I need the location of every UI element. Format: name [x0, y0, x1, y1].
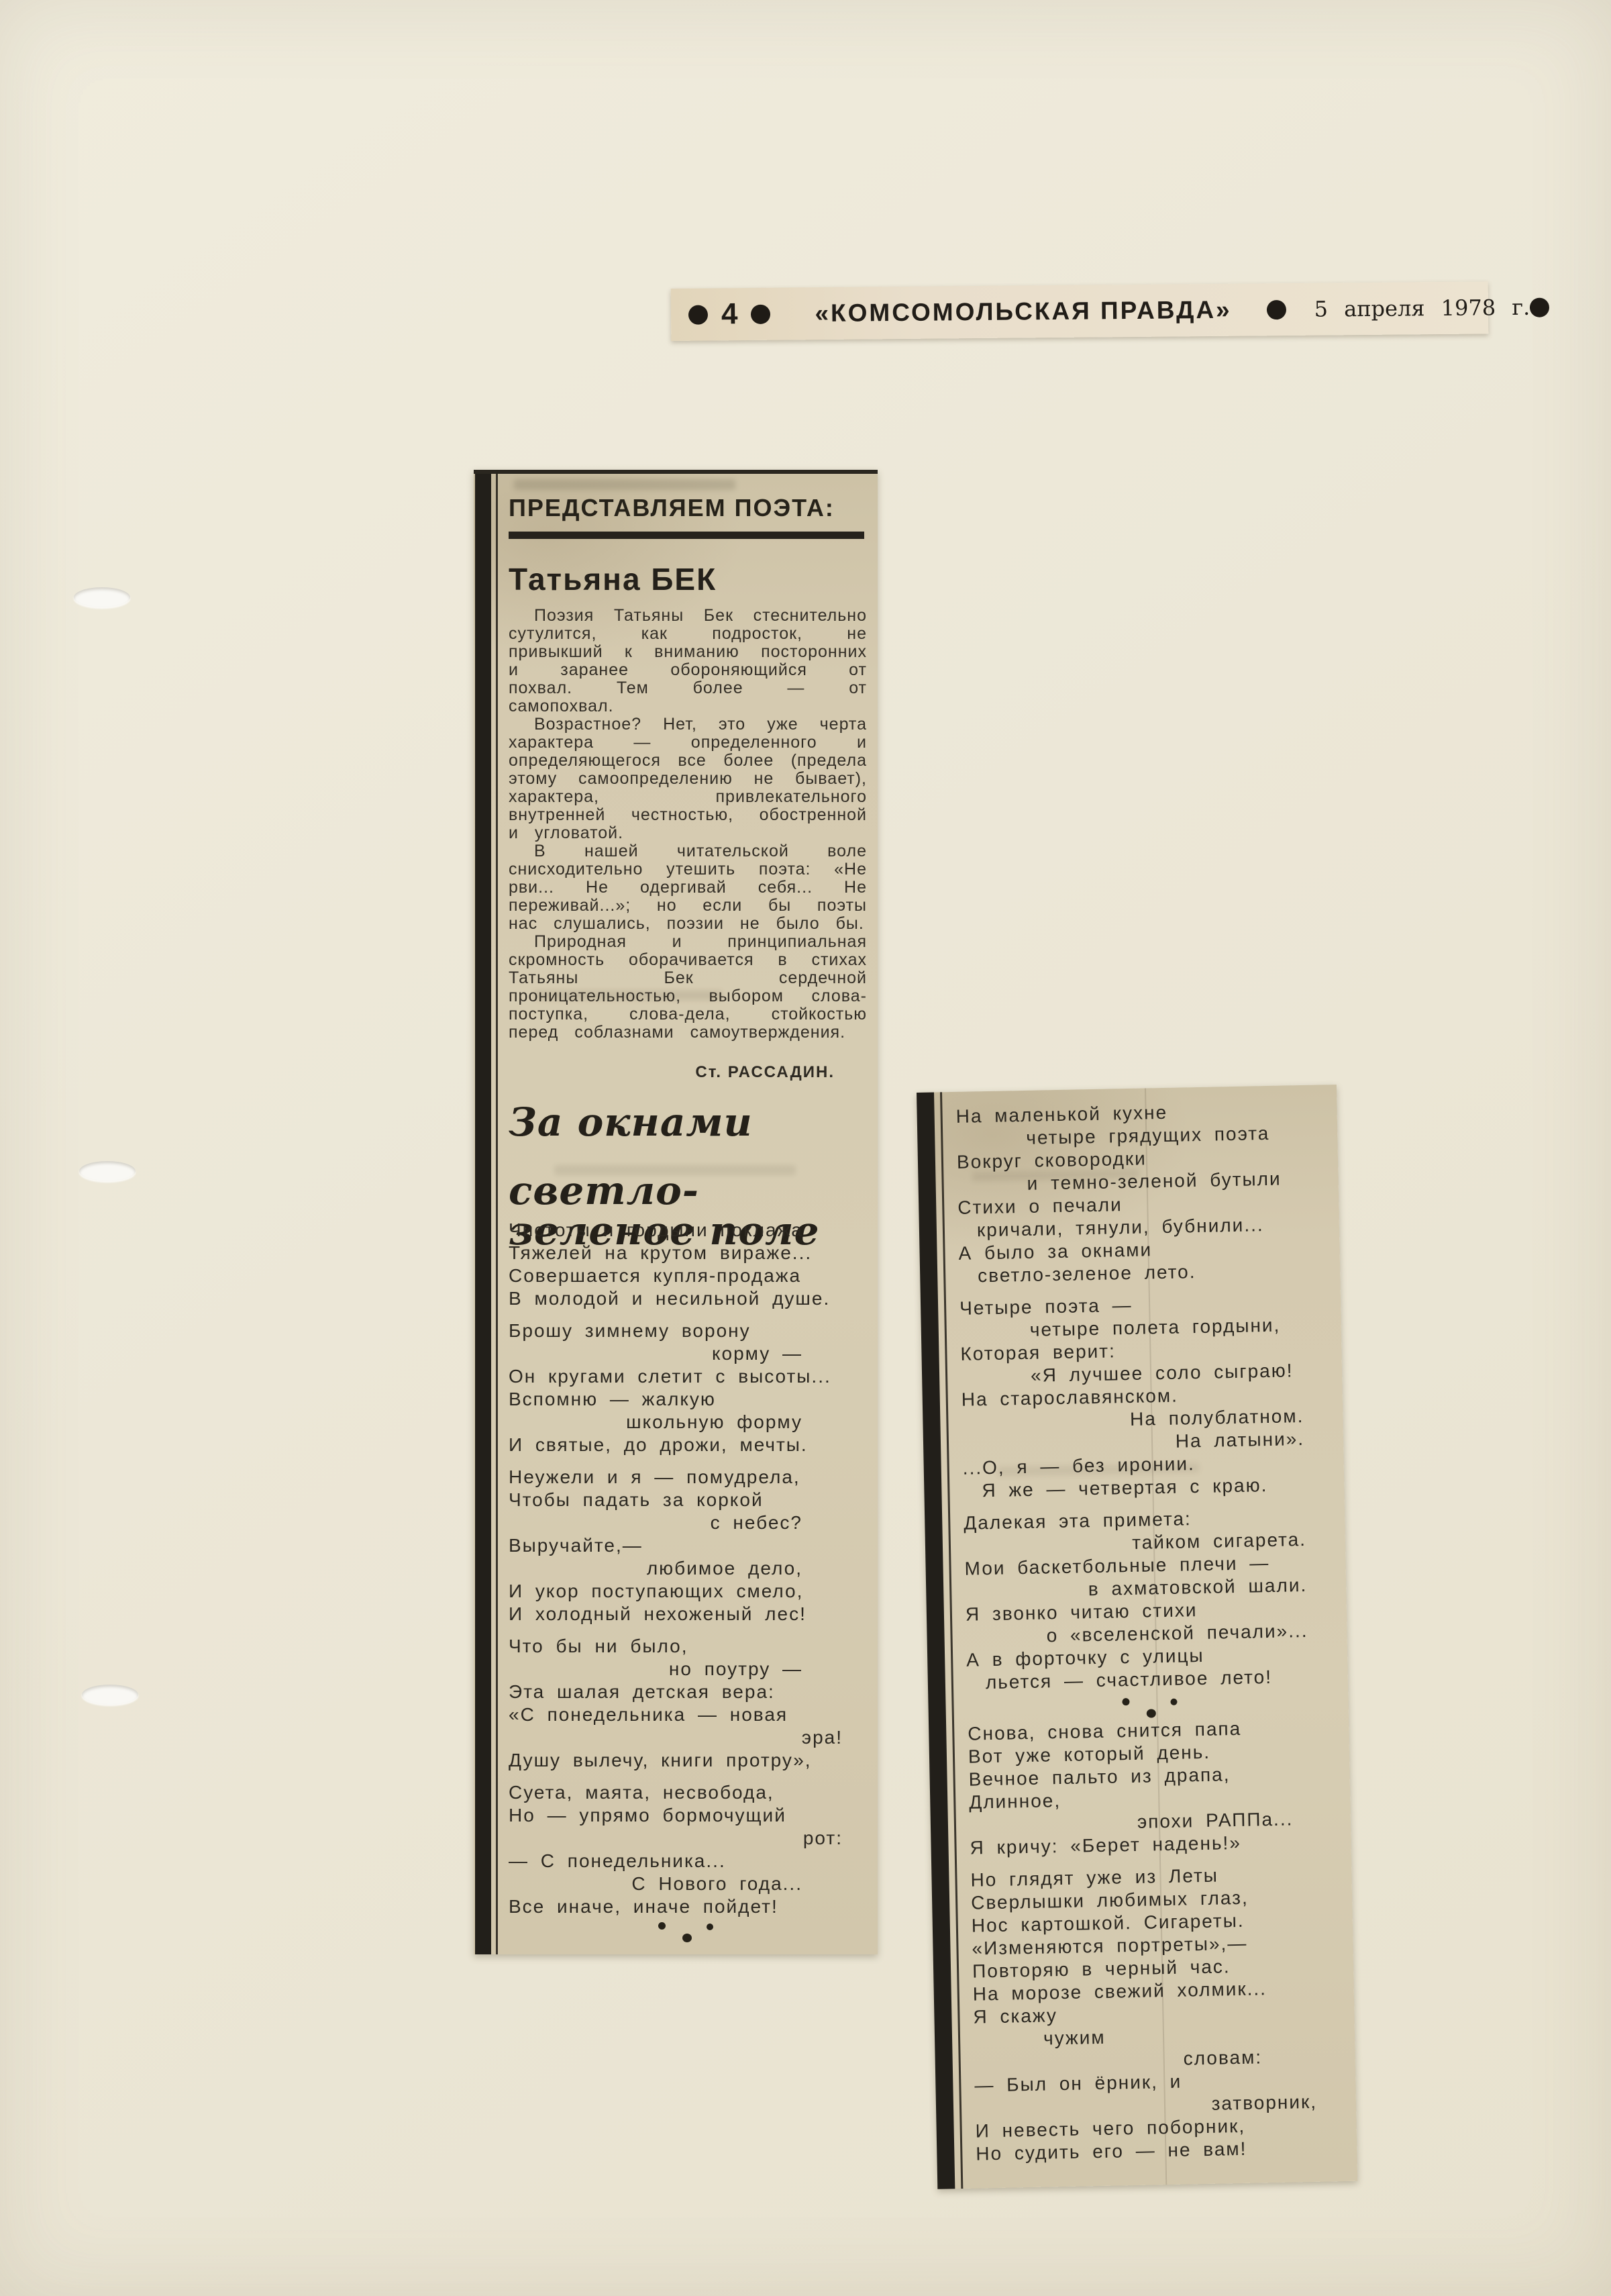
- poem-line: И холодный нехоженый лес!: [509, 1603, 867, 1626]
- poem-line: школьную форму: [509, 1411, 867, 1434]
- poem-line: Душу вылечу, книги протру»,: [509, 1749, 867, 1772]
- issue-date: 5 апреля 1978 г.: [1314, 295, 1530, 322]
- poem-line: С Нового года...: [509, 1873, 867, 1895]
- poem-left: Чистоты и гордыни поклажа Тяжелей на кру…: [509, 1219, 867, 1918]
- poet-name: Татьяна БЕК: [509, 561, 717, 597]
- masthead: «КОМСОМОЛЬСКАЯ ПРАВДА»: [815, 296, 1232, 328]
- poem-line: с небес?: [509, 1511, 867, 1534]
- poem-line: любимое дело,: [509, 1557, 867, 1580]
- bullet-icon: [751, 304, 770, 323]
- intro-paragraph: Природная и принципиальная скромность об…: [509, 933, 867, 1042]
- bullet-icon: [1530, 297, 1549, 317]
- bullet-icon: [688, 305, 708, 324]
- poem-line: Все иначе, иначе пойдет!: [509, 1895, 867, 1918]
- right-newspaper-clipping: На маленькой кухне четыре грядущих поэта…: [917, 1085, 1357, 2189]
- poem-line: И святые, до дрожи, мечты.: [509, 1434, 867, 1456]
- intro-text: Поэзия Татьяны Бек стеснительно сутулитс…: [509, 607, 867, 1060]
- intro-paragraph: Поэзия Татьяны Бек стеснительно сутулитс…: [509, 607, 867, 715]
- album-page: 4 «КОМСОМОЛЬСКАЯ ПРАВДА» 5 апреля 1978 г…: [0, 0, 1611, 2296]
- poem-line: Тяжелей на крутом вираже...: [509, 1242, 867, 1264]
- poem-line: Суета, маята, несвобода,: [509, 1781, 867, 1804]
- punch-hole-2: [79, 1161, 136, 1181]
- kicker: ПРЕДСТАВЛЯЕМ ПОЭТА:: [509, 494, 835, 522]
- poem-title-line1: За окнами: [509, 1102, 753, 1142]
- poem-line: Что бы ни было,: [509, 1635, 867, 1658]
- poem-line: но поутру —: [509, 1658, 867, 1681]
- poem-line: Эта шалая детская вера:: [509, 1681, 867, 1703]
- poem-line: Чтобы падать за коркой: [509, 1489, 867, 1511]
- poem-line: — С понедельника...: [509, 1850, 867, 1873]
- poem-line: рот:: [509, 1827, 867, 1850]
- poem-line: Чистоты и гордыни поклажа: [509, 1219, 867, 1242]
- punch-hole-1: [74, 587, 130, 607]
- poem-line: «С понедельника — новая: [509, 1703, 867, 1726]
- poem-line: эра!: [509, 1726, 867, 1749]
- poem-line: Но — упрямо бормочущий: [509, 1804, 867, 1827]
- poem-line: Неужели и я — помудрела,: [509, 1466, 867, 1489]
- column-rule-bar: [475, 474, 491, 1954]
- newspaper-header-strip: 4 «КОМСОМОЛЬСКАЯ ПРАВДА» 5 апреля 1978 г…: [671, 281, 1489, 341]
- poem-line: Брошу зимнему ворону: [509, 1319, 867, 1342]
- byline: Ст. РАССАДИН.: [509, 1063, 867, 1082]
- poem-line: корму —: [509, 1342, 867, 1365]
- poem-line: Он кругами слетит с высоты...: [509, 1365, 867, 1388]
- asterisk-separator: [1111, 1695, 1192, 1718]
- kicker-rule: [509, 532, 864, 539]
- intro-paragraph: В нашей читательской воле снисходительно…: [509, 842, 867, 933]
- poem-right-part1: На маленькой кухне четыре грядущих поэта…: [955, 1098, 1336, 1694]
- punch-hole-3: [82, 1685, 138, 1705]
- poem-line: Вспомню — жалкую: [509, 1388, 867, 1411]
- bullet-icon: [1267, 300, 1286, 319]
- column-rule-bar: [917, 1093, 955, 2189]
- asterisk-separator: [509, 1921, 867, 1942]
- poem-line: И укор поступающих смело,: [509, 1580, 867, 1603]
- poem-line: Совершается купля-продажа: [509, 1264, 867, 1287]
- poem-line: В молодой и несильной душе.: [509, 1287, 867, 1310]
- page-number: 4: [721, 297, 738, 331]
- column-rule-line: [496, 474, 498, 1954]
- left-newspaper-clipping: ПРЕДСТАВЛЯЕМ ПОЭТА: Татьяна БЕК Поэзия Т…: [474, 470, 878, 1954]
- intro-paragraph: Возрастное? Нет, это уже черта характера…: [509, 715, 867, 842]
- poem-right-part2: Снова, снова снится папа Вот уже который…: [968, 1715, 1345, 2165]
- poem-line: Выручайте,—: [509, 1534, 867, 1557]
